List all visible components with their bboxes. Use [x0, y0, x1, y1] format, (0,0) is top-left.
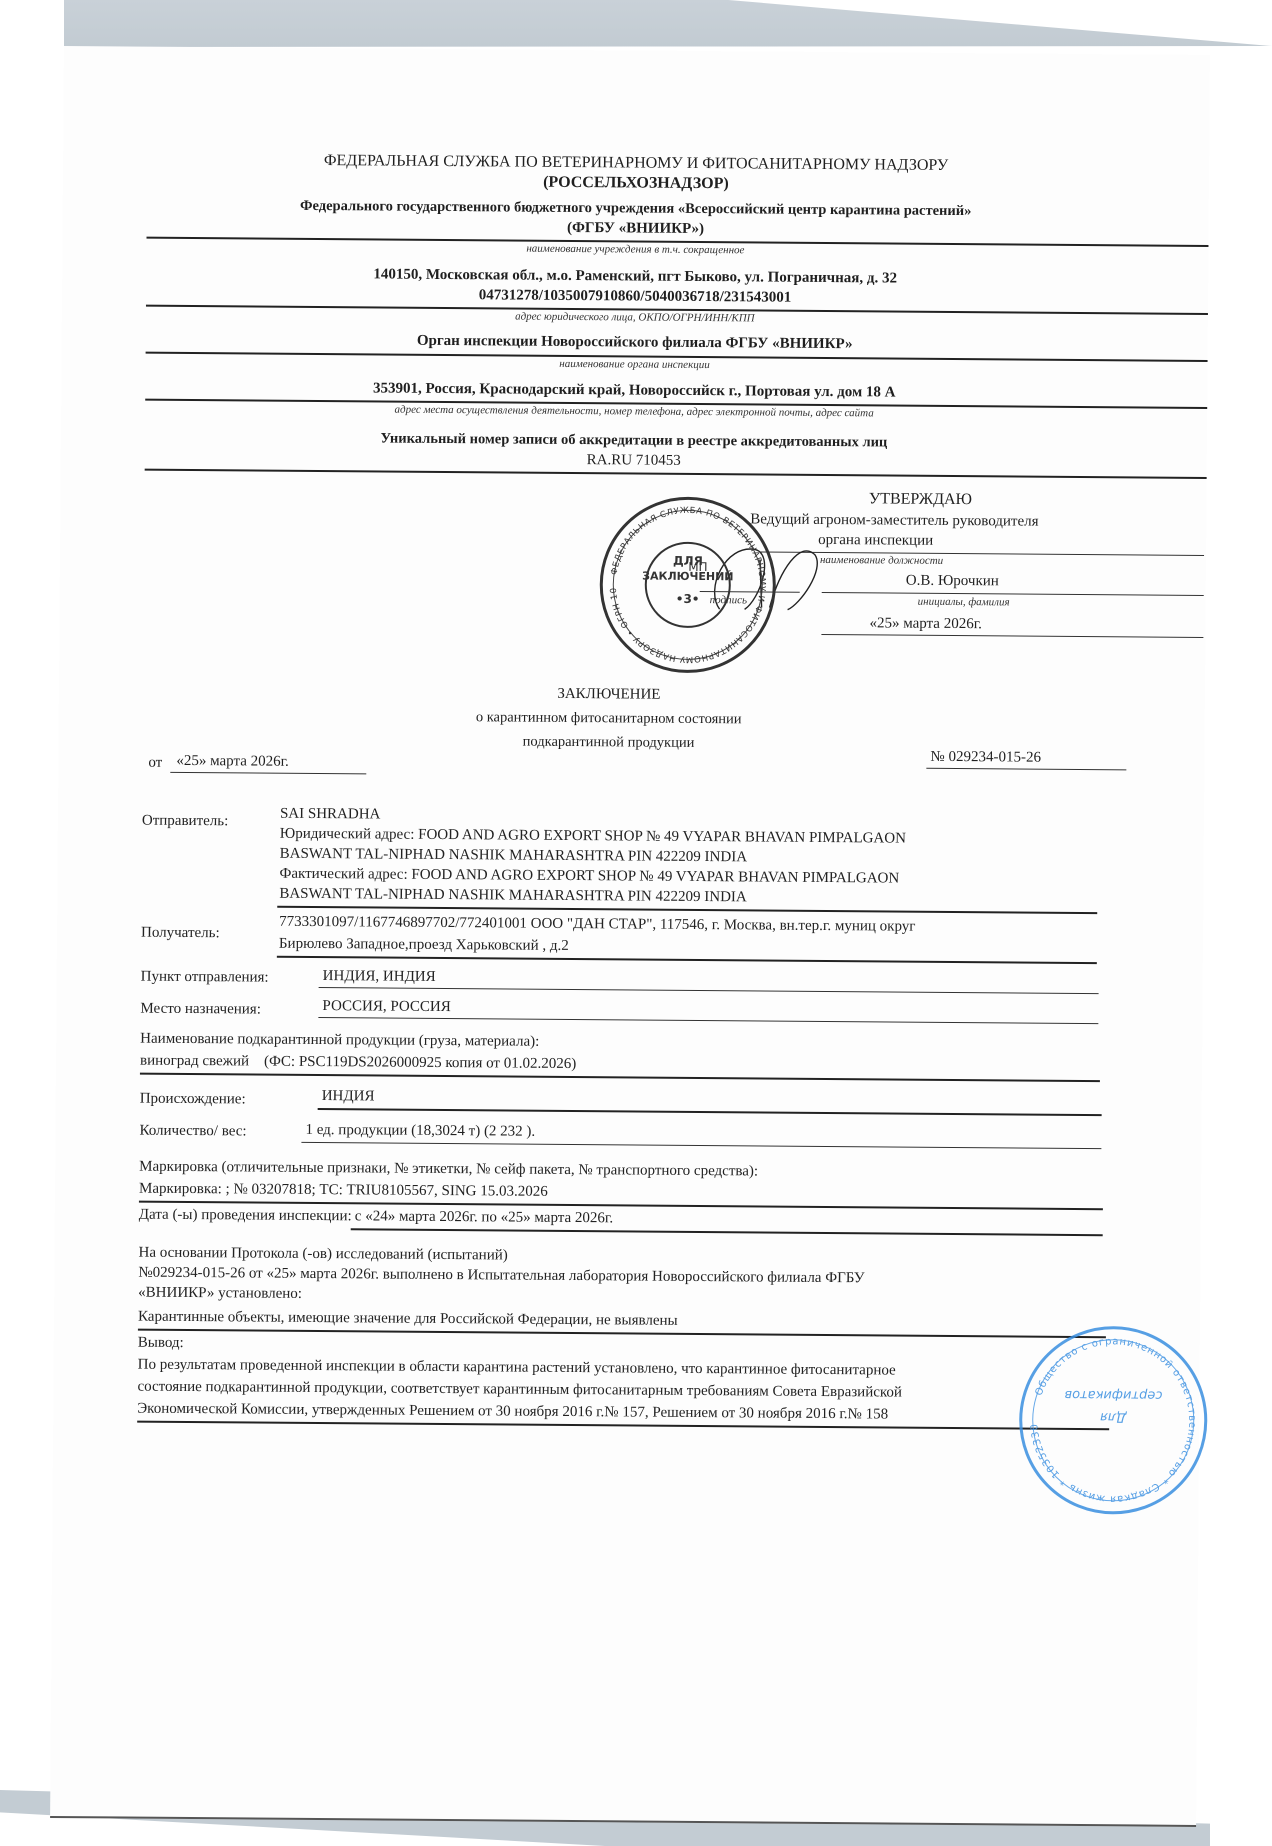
conclusion-text-2: состояние подкарантинной продукции, соот…: [137, 1379, 902, 1402]
divider: [822, 592, 1204, 596]
origin-label: Происхождение:: [140, 1091, 246, 1109]
protocol-established: «ВНИИКР» установлено:: [138, 1285, 302, 1303]
seal-number: •3•: [603, 591, 773, 606]
divider: [277, 956, 1097, 964]
inspection-dates-value: с «24» марта 2026г. по «25» марта 2026г.: [355, 1208, 613, 1227]
approval-date: «25» марта 2026г.: [869, 615, 982, 633]
scanner-background-top: [64, 0, 1272, 47]
approver-name: О.В. Юрочкин: [906, 573, 999, 591]
divider: [351, 1228, 1103, 1236]
divider: [821, 634, 1203, 638]
document-title: ЗАКЛЮЧЕНИЕ: [459, 685, 759, 704]
product-label: Наименование подкарантинной продукции (г…: [140, 1031, 539, 1051]
divider: [319, 987, 1099, 994]
divider: [926, 768, 1126, 771]
approver-position: Ведущий агроном-заместитель руководителя: [750, 511, 1038, 530]
approval-title: УТВЕРЖДАЮ: [760, 489, 1080, 510]
document-subtitle: о карантинном фитосанитарном состоянии: [409, 709, 809, 729]
divider: [318, 1108, 1102, 1116]
divider: [318, 1017, 1098, 1024]
recipient-line1: 7733301097/1167746897702/772401001 ООО "…: [279, 914, 1119, 938]
name-caption: инициалы, фамилия: [918, 596, 1010, 609]
destination-label: Место назначения:: [140, 1001, 261, 1019]
stamp-center-text-2: сертификатов: [1022, 1387, 1204, 1403]
divider: [138, 1329, 1106, 1339]
product-value: виноград свежий (ФС: PSC119DS2026000925 …: [140, 1053, 576, 1073]
document-subtitle-2: подкарантинной продукции: [408, 733, 808, 753]
marking-value: Маркировка: ; № 03207818; ТС: TRIU810556…: [139, 1181, 548, 1201]
sender-legal-address-2: BASWANT TAL-NIPHAD NASHIK MAHARASHTRA PI…: [280, 846, 748, 867]
official-seal-icon: ФЕДЕРАЛЬНАЯ СЛУЖБА ПО ВЕТЕРИНАРНОМУ И ФИ…: [599, 496, 776, 673]
conclusion-text-1: По результатам проведенной инспекции в о…: [138, 1357, 896, 1380]
protocol-result: Карантинные объекты, имеющие значение дл…: [138, 1309, 678, 1330]
sender-name: SAI SHRADHA: [280, 806, 381, 824]
sender-actual-address-2: BASWANT TAL-NIPHAD NASHIK MAHARASHTRA PI…: [279, 886, 747, 907]
conclusion-text-3: Экономической Комиссии, утвержденных Реш…: [137, 1401, 888, 1424]
origin-value: ИНДИЯ: [322, 1088, 375, 1105]
document-page: ФЕДЕРАЛЬНАЯ СЛУЖБА ПО ВЕТЕРИНАРНОМУ И ФИ…: [50, 46, 1210, 1827]
departure-value: ИНДИЯ, ИНДИЯ: [323, 968, 436, 986]
protocol-basis: На основании Протокола (-ов) исследовани…: [138, 1245, 507, 1265]
position-caption: наименование должности: [820, 554, 943, 567]
recipient-label: Получатель:: [141, 925, 220, 943]
quantity-label: Количество/ вес:: [139, 1123, 246, 1141]
stamp-center-text: Для: [1022, 1409, 1204, 1425]
company-stamp-icon: Общество с ограниченной ответственностью…: [1019, 1326, 1208, 1515]
date-prefix: от: [148, 755, 162, 772]
divider: [137, 1421, 1109, 1431]
inspection-dates-label: Дата (-ы) проведения инспекции:: [139, 1207, 352, 1226]
departure-label: Пункт отправления:: [141, 969, 269, 987]
sender-label: Отправитель:: [142, 813, 229, 831]
conclusion-label: Вывод:: [138, 1335, 184, 1352]
document-number: № 029234-015-26: [930, 749, 1041, 767]
protocol-reference: №029234-015-26 от «25» марта 2026г. выпо…: [138, 1265, 864, 1288]
divider: [277, 906, 1097, 914]
document-date: «25» марта 2026г.: [176, 753, 289, 771]
recipient-line2: Бирюлево Западное,проезд Харьковский , д…: [279, 936, 569, 955]
sender-legal-address: Юридический адрес: FOOD AND AGRO EXPORT …: [280, 826, 906, 848]
divider: [170, 772, 366, 775]
divider: [301, 1142, 1101, 1149]
approver-position-2: органа инспекции: [818, 532, 933, 550]
destination-value: РОССИЯ, РОССИЯ: [322, 998, 450, 1016]
seal-mp-mark: МП: [613, 559, 783, 574]
divider: [140, 1073, 1100, 1083]
marking-label: Маркировка (отличительные признаки, № эт…: [139, 1159, 758, 1181]
quantity-value: 1 ед. продукции (18,3024 т) (2 232 ).: [305, 1122, 535, 1141]
sender-actual-address: Фактический адрес: FOOD AND AGRO EXPORT …: [279, 866, 899, 888]
